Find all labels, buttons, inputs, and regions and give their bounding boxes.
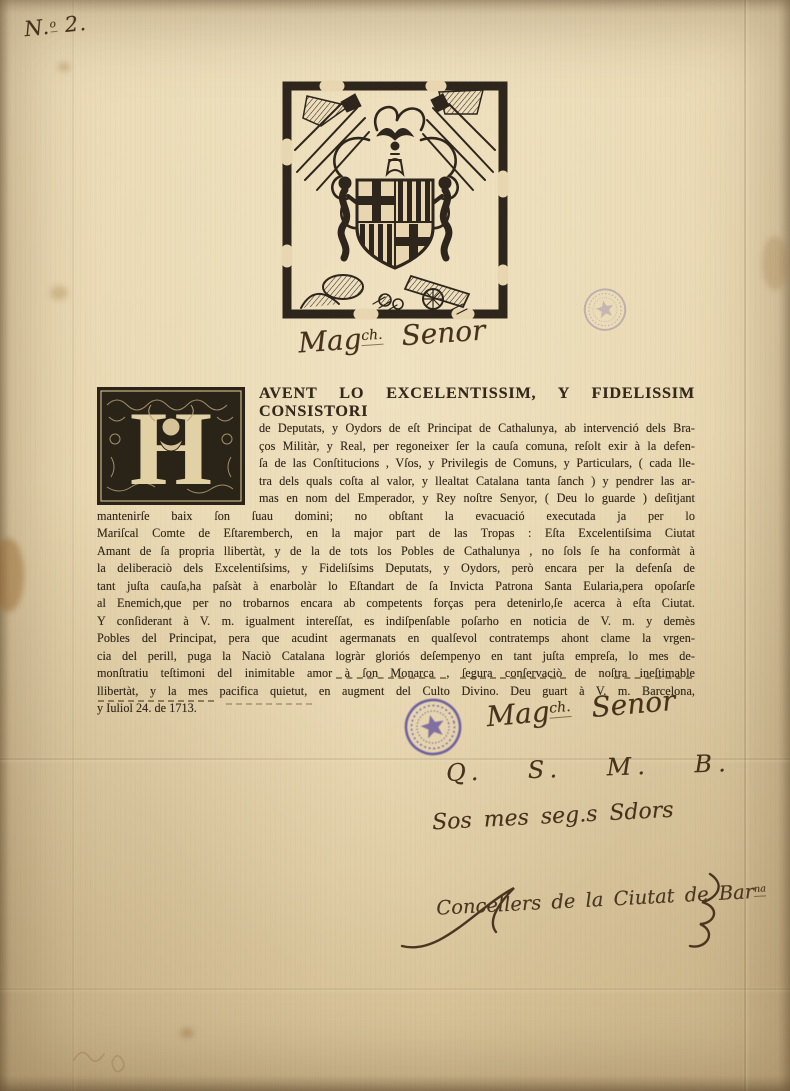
ink-underline — [98, 700, 214, 702]
archive-number-sup: o — [49, 18, 58, 33]
closing-formula: Q. S. M. B. — [446, 749, 732, 787]
violet-stamp-faint — [582, 285, 629, 338]
ink-stain — [0, 538, 24, 612]
body-line: monſtratiu teſtimoni del inimitable amor… — [97, 665, 695, 683]
signature-sup: na — [754, 884, 767, 898]
salutation-rest: Senor — [400, 313, 486, 352]
body-line: Mariſcal Comte de Eſtaremberch, en la ma… — [97, 525, 695, 543]
coat-of-arms-woodcut — [281, 80, 509, 325]
ink-stain — [58, 62, 70, 72]
body-line: cia del perill, puga la Naciò Catalana l… — [97, 648, 695, 666]
paper-crease — [0, 988, 790, 990]
initial-h-woodcut: H — [97, 387, 245, 505]
ink-underline — [460, 677, 566, 679]
body-line: tant juſta cauſa,ha paſsàt à enarbolàr l… — [97, 578, 695, 596]
body-line: Amant de ſa propria llibertàt, y de la d… — [97, 543, 695, 561]
ink-underline — [226, 703, 312, 705]
salutation-prefix: Mag — [297, 322, 362, 359]
salutation-sup: ch. — [361, 326, 384, 345]
closing-valediction: Sos mes seg.s Sdors — [432, 798, 675, 836]
closing-salutation-prefix: Mag — [485, 695, 551, 733]
ink-stain — [762, 236, 788, 290]
archive-number-prefix: N. — [23, 15, 51, 42]
archive-number: N.o 2. — [23, 11, 88, 41]
ink-stain — [50, 286, 68, 300]
body-line: la deliberaciò dels Excelentiſsims, y Fi… — [97, 560, 695, 578]
body-line: al Enemich,que per no trobarnos encara a… — [97, 595, 695, 613]
ink-underline — [614, 677, 692, 679]
body-line: Pobles del Principat, pera que acudint a… — [97, 630, 695, 648]
paper-crease — [72, 0, 74, 1091]
document-page: N.o 2. — [0, 0, 790, 1091]
violet-stamp — [402, 694, 464, 765]
archive-number-rest: 2. — [63, 11, 87, 37]
ink-underline — [336, 677, 446, 679]
body-line: Y conſiderant à V. m. igualment intereſſ… — [97, 613, 695, 631]
printed-text-block: H AVENT LO EXCELENTISSIM, Y FIDELISSIM C… — [97, 384, 695, 718]
closing-salutation-sup: ch. — [548, 699, 571, 719]
body-line: mantenirſe baix ſon ſuau domini; no obſt… — [97, 508, 695, 526]
closing-salutation-rest: Senor — [590, 684, 677, 724]
pencil-scribble — [66, 1032, 196, 1083]
